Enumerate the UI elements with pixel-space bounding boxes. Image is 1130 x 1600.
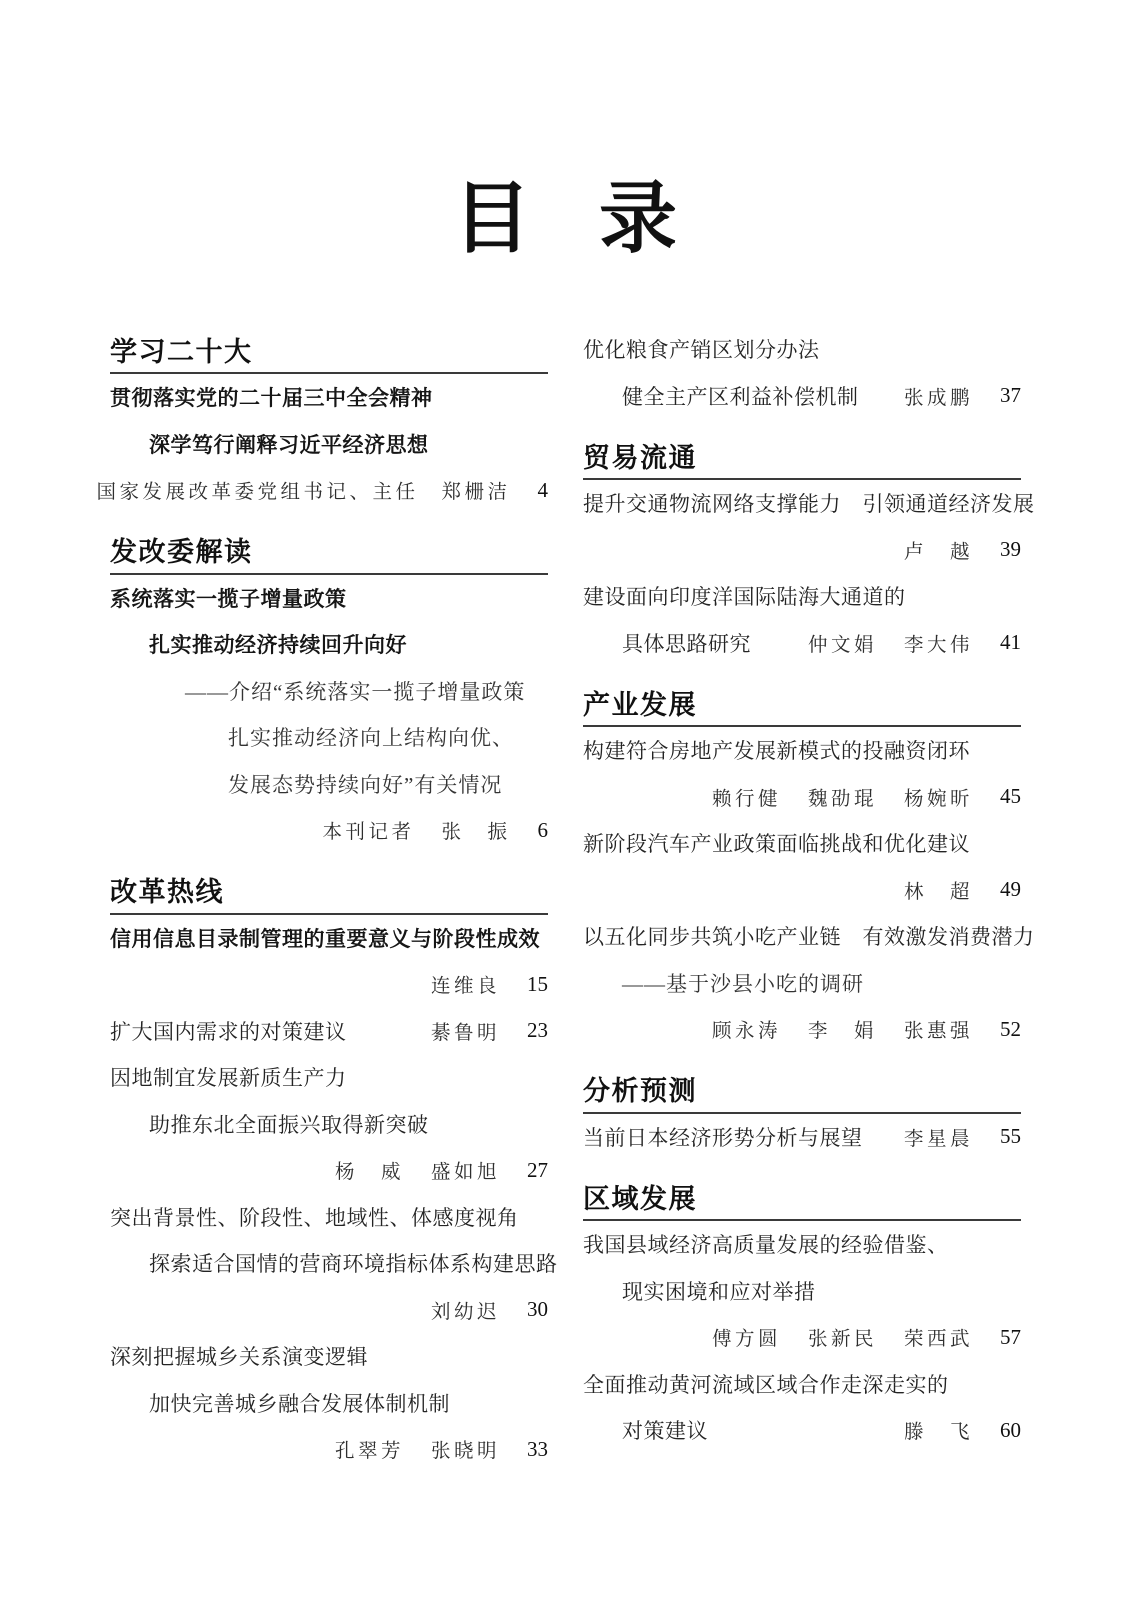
section-header: 区域发展 — [583, 1173, 1021, 1221]
article-title: 深学笃行阐释习近平经济思想 — [110, 429, 429, 459]
page-number: 41 — [1000, 630, 1021, 655]
author-name: 杨 威 — [335, 1156, 404, 1184]
page-number: 37 — [1000, 383, 1021, 408]
article-title: 健全主产区利益补偿机制 — [583, 381, 859, 411]
section-header: 产业发展 — [583, 679, 1021, 727]
page-number: 39 — [1000, 537, 1021, 562]
section-header: 改革热线 — [110, 867, 548, 915]
author-name: 顾永涛 — [712, 1015, 781, 1043]
section-header-label: 区域发展 — [583, 1177, 697, 1216]
authors-line: 傅方圆张新民荣西武57 — [583, 1314, 1021, 1361]
author-name: 国家发展改革委党组书记、主任 郑栅洁 — [96, 476, 510, 504]
article-title: 信用信息目录制管理的重要意义与阶段性成效 — [110, 923, 540, 953]
section-header-label: 贸易流通 — [583, 436, 697, 475]
authors-line: 本刊记者张 振6 — [110, 807, 548, 854]
article-title: 建设面向印度洋国际陆海大通道的 — [583, 581, 906, 611]
page-number: 55 — [1000, 1124, 1021, 1149]
author-name: 綦鲁明 — [431, 1017, 500, 1045]
section-header: 分析预测 — [583, 1066, 1021, 1114]
toc-entry: 我国县域经济高质量发展的经验借鉴、 — [583, 1221, 1021, 1268]
authors-and-page: 傅方圆张新民荣西武57 — [712, 1323, 1021, 1351]
authors-line: 杨 威盛如旭27 — [110, 1147, 548, 1194]
toc-page: 目 录 学习二十大贯彻落实党的二十届三中全会精神深学笃行阐释习近平经济思想国家发… — [0, 0, 1130, 1600]
author-name: 张新民 — [808, 1323, 877, 1351]
authors-and-page: 綦鲁明23 — [431, 1017, 548, 1045]
page-number: 52 — [1000, 1017, 1021, 1042]
author-name: 盛如旭 — [431, 1156, 500, 1184]
authors-and-page: 刘幼迟30 — [431, 1296, 548, 1324]
page-title-char: 目 — [453, 172, 531, 266]
article-title: ——基于沙县小吃的调研 — [583, 968, 864, 998]
page-number: 23 — [527, 1018, 548, 1043]
authors-and-page: 滕 飞60 — [904, 1416, 1021, 1444]
author-name: 杨婉昕 — [904, 783, 973, 811]
authors-line: 孔翠芳张晓明33 — [110, 1426, 548, 1473]
section-header: 学习二十大 — [110, 326, 548, 374]
page-number: 6 — [538, 818, 549, 843]
page-number: 30 — [527, 1297, 548, 1322]
authors-and-page: 孔翠芳张晓明33 — [335, 1435, 548, 1463]
article-title: 构建符合房地产发展新模式的投融资闭环 — [583, 735, 970, 765]
author-name: 孔翠芳 — [335, 1435, 404, 1463]
article-title: 扩大国内需求的对策建议 — [110, 1016, 347, 1046]
toc-entry: 优化粮食产销区划分办法 — [583, 326, 1021, 373]
article-title: 助推东北全面振兴取得新突破 — [110, 1109, 429, 1139]
article-title: 贯彻落实党的二十届三中全会精神 — [110, 382, 433, 412]
article-title: 具体思路研究 — [583, 628, 751, 658]
toc-entry: 构建符合房地产发展新模式的投融资闭环 — [583, 727, 1021, 774]
section-header-label: 发改委解读 — [110, 530, 253, 569]
page-number: 57 — [1000, 1325, 1021, 1350]
authors-line: 刘幼迟30 — [110, 1287, 548, 1334]
author-name: 傅方圆 — [712, 1323, 781, 1351]
author-name: 赖行健 — [712, 783, 781, 811]
page-number: 60 — [1000, 1418, 1021, 1443]
article-title: 当前日本经济形势分析与展望 — [583, 1122, 863, 1152]
author-name: 连维良 — [431, 970, 500, 998]
toc-entry: 扩大国内需求的对策建议綦鲁明23 — [110, 1008, 548, 1055]
toc-entry: 建设面向印度洋国际陆海大通道的 — [583, 573, 1021, 620]
toc-entry: 现实困境和应对举措 — [583, 1268, 1021, 1315]
page-number: 33 — [527, 1437, 548, 1462]
author-name: 李星晨 — [904, 1123, 973, 1151]
author-name: 林 超 — [904, 876, 973, 904]
toc-entry: 突出背景性、阶段性、地域性、体感度视角 — [110, 1194, 548, 1241]
authors-line: 顾永涛李 娟张惠强52 — [583, 1006, 1021, 1053]
toc-entry: 扎实推动经济向上结构向优、 — [110, 714, 548, 761]
section-header: 贸易流通 — [583, 432, 1021, 480]
authors-line: 赖行健魏劭琨杨婉昕45 — [583, 774, 1021, 821]
authors-and-page: 张成鹏37 — [904, 382, 1021, 410]
toc-entry: 探索适合国情的营商环境指标体系构建思路 — [110, 1240, 548, 1287]
authors-and-page: 顾永涛李 娟张惠强52 — [712, 1015, 1021, 1043]
page-number: 15 — [527, 972, 548, 997]
authors-and-page: 连维良15 — [431, 970, 548, 998]
toc-entry: 当前日本经济形势分析与展望李星晨55 — [583, 1114, 1021, 1161]
toc-entry: 具体思路研究仲文娟李大伟41 — [583, 620, 1021, 667]
authors-line: 国家发展改革委党组书记、主任 郑栅洁4 — [110, 467, 548, 514]
toc-entry: 系统落实一揽子增量政策 — [110, 575, 548, 622]
article-title: 扎实推动经济持续回升向好 — [110, 629, 407, 659]
page-number: 49 — [1000, 877, 1021, 902]
toc-entry: 以五化同步共筑小吃产业链 有效激发消费潜力 — [583, 913, 1021, 960]
authors-and-page: 林 超49 — [904, 876, 1021, 904]
authors-and-page: 赖行健魏劭琨杨婉昕45 — [712, 783, 1021, 811]
toc-entry: ——介绍“系统落实一揽子增量政策 — [110, 668, 548, 715]
toc-entry: 全面推动黄河流域区域合作走深走实的 — [583, 1361, 1021, 1408]
article-title: 加快完善城乡融合发展体制机制 — [110, 1388, 450, 1418]
toc-entry: 发展态势持续向好”有关情况 — [110, 761, 548, 808]
author-name: 本刊记者 — [322, 816, 414, 844]
section-header-label: 产业发展 — [583, 683, 697, 722]
toc-entry: 新阶段汽车产业政策面临挑战和优化建议 — [583, 820, 1021, 867]
toc-entry: 因地制宜发展新质生产力 — [110, 1054, 548, 1101]
author-name: 卢 越 — [904, 536, 973, 564]
author-name: 张惠强 — [904, 1015, 973, 1043]
article-title: 我国县域经济高质量发展的经验借鉴、 — [583, 1229, 949, 1259]
author-name: 李 娟 — [808, 1015, 877, 1043]
article-title: 系统落实一揽子增量政策 — [110, 583, 347, 613]
section-header-label: 学习二十大 — [110, 330, 253, 369]
article-title: 扎实推动经济向上结构向优、 — [110, 722, 514, 752]
section-header-label: 改革热线 — [110, 870, 224, 909]
authors-and-page: 卢 越39 — [904, 536, 1021, 564]
author-name: 张成鹏 — [904, 382, 973, 410]
article-title: 探索适合国情的营商环境指标体系构建思路 — [110, 1248, 558, 1278]
author-name: 荣西武 — [904, 1323, 973, 1351]
author-name: 魏劭琨 — [808, 783, 877, 811]
authors-and-page: 本刊记者张 振6 — [322, 816, 548, 844]
article-title: 对策建议 — [583, 1415, 708, 1445]
toc-entry: 贯彻落实党的二十届三中全会精神 — [110, 374, 548, 421]
authors-and-page: 国家发展改革委党组书记、主任 郑栅洁4 — [96, 476, 548, 504]
toc-entry: 信用信息目录制管理的重要意义与阶段性成效 — [110, 915, 548, 962]
article-title: 提升交通物流网络支撑能力 引领通道经济发展 — [583, 488, 1035, 518]
section-header: 发改委解读 — [110, 527, 548, 575]
author-name: 滕 飞 — [904, 1416, 973, 1444]
article-title: 发展态势持续向好”有关情况 — [110, 769, 502, 799]
toc-entry: 扎实推动经济持续回升向好 — [110, 621, 548, 668]
page-title-char: 录 — [599, 172, 677, 266]
article-title: 深刻把握城乡关系演变逻辑 — [110, 1341, 368, 1371]
page-number: 4 — [538, 478, 549, 503]
toc-entry: 健全主产区利益补偿机制张成鹏37 — [583, 373, 1021, 420]
column-left: 学习二十大贯彻落实党的二十届三中全会精神深学笃行阐释习近平经济思想国家发展改革委… — [110, 326, 548, 1473]
toc-entry: ——基于沙县小吃的调研 — [583, 960, 1021, 1007]
authors-line: 卢 越39 — [583, 527, 1021, 574]
section-header-label: 分析预测 — [583, 1069, 697, 1108]
article-title: 全面推动黄河流域区域合作走深走实的 — [583, 1369, 949, 1399]
toc-entry: 对策建议滕 飞60 — [583, 1407, 1021, 1454]
toc-entry: 深刻把握城乡关系演变逻辑 — [110, 1333, 548, 1380]
author-name: 张 振 — [441, 816, 510, 844]
article-title: 优化粮食产销区划分办法 — [583, 334, 820, 364]
authors-line: 林 超49 — [583, 867, 1021, 914]
toc-entry: 提升交通物流网络支撑能力 引领通道经济发展 — [583, 480, 1021, 527]
authors-and-page: 杨 威盛如旭27 — [335, 1156, 548, 1184]
author-name: 刘幼迟 — [431, 1296, 500, 1324]
author-name: 张晓明 — [431, 1435, 500, 1463]
article-title: 现实困境和应对举措 — [583, 1276, 816, 1306]
author-name: 李大伟 — [904, 629, 973, 657]
authors-and-page: 仲文娟李大伟41 — [808, 629, 1021, 657]
authors-and-page: 李星晨55 — [904, 1123, 1021, 1151]
page-number: 45 — [1000, 784, 1021, 809]
authors-line: 连维良15 — [110, 961, 548, 1008]
column-right: 优化粮食产销区划分办法健全主产区利益补偿机制张成鹏37贸易流通提升交通物流网络支… — [583, 326, 1021, 1454]
toc-entry: 深学笃行阐释习近平经济思想 — [110, 421, 548, 468]
article-title: 以五化同步共筑小吃产业链 有效激发消费潜力 — [583, 921, 1035, 951]
article-title: 突出背景性、阶段性、地域性、体感度视角 — [110, 1202, 519, 1232]
article-title: 因地制宜发展新质生产力 — [110, 1062, 347, 1092]
toc-entry: 加快完善城乡融合发展体制机制 — [110, 1380, 548, 1427]
article-title: ——介绍“系统落实一揽子增量政策 — [110, 676, 525, 706]
page-title: 目 录 — [0, 172, 1130, 266]
article-title: 新阶段汽车产业政策面临挑战和优化建议 — [583, 828, 970, 858]
toc-entry: 助推东北全面振兴取得新突破 — [110, 1101, 548, 1148]
author-name: 仲文娟 — [808, 629, 877, 657]
page-number: 27 — [527, 1158, 548, 1183]
